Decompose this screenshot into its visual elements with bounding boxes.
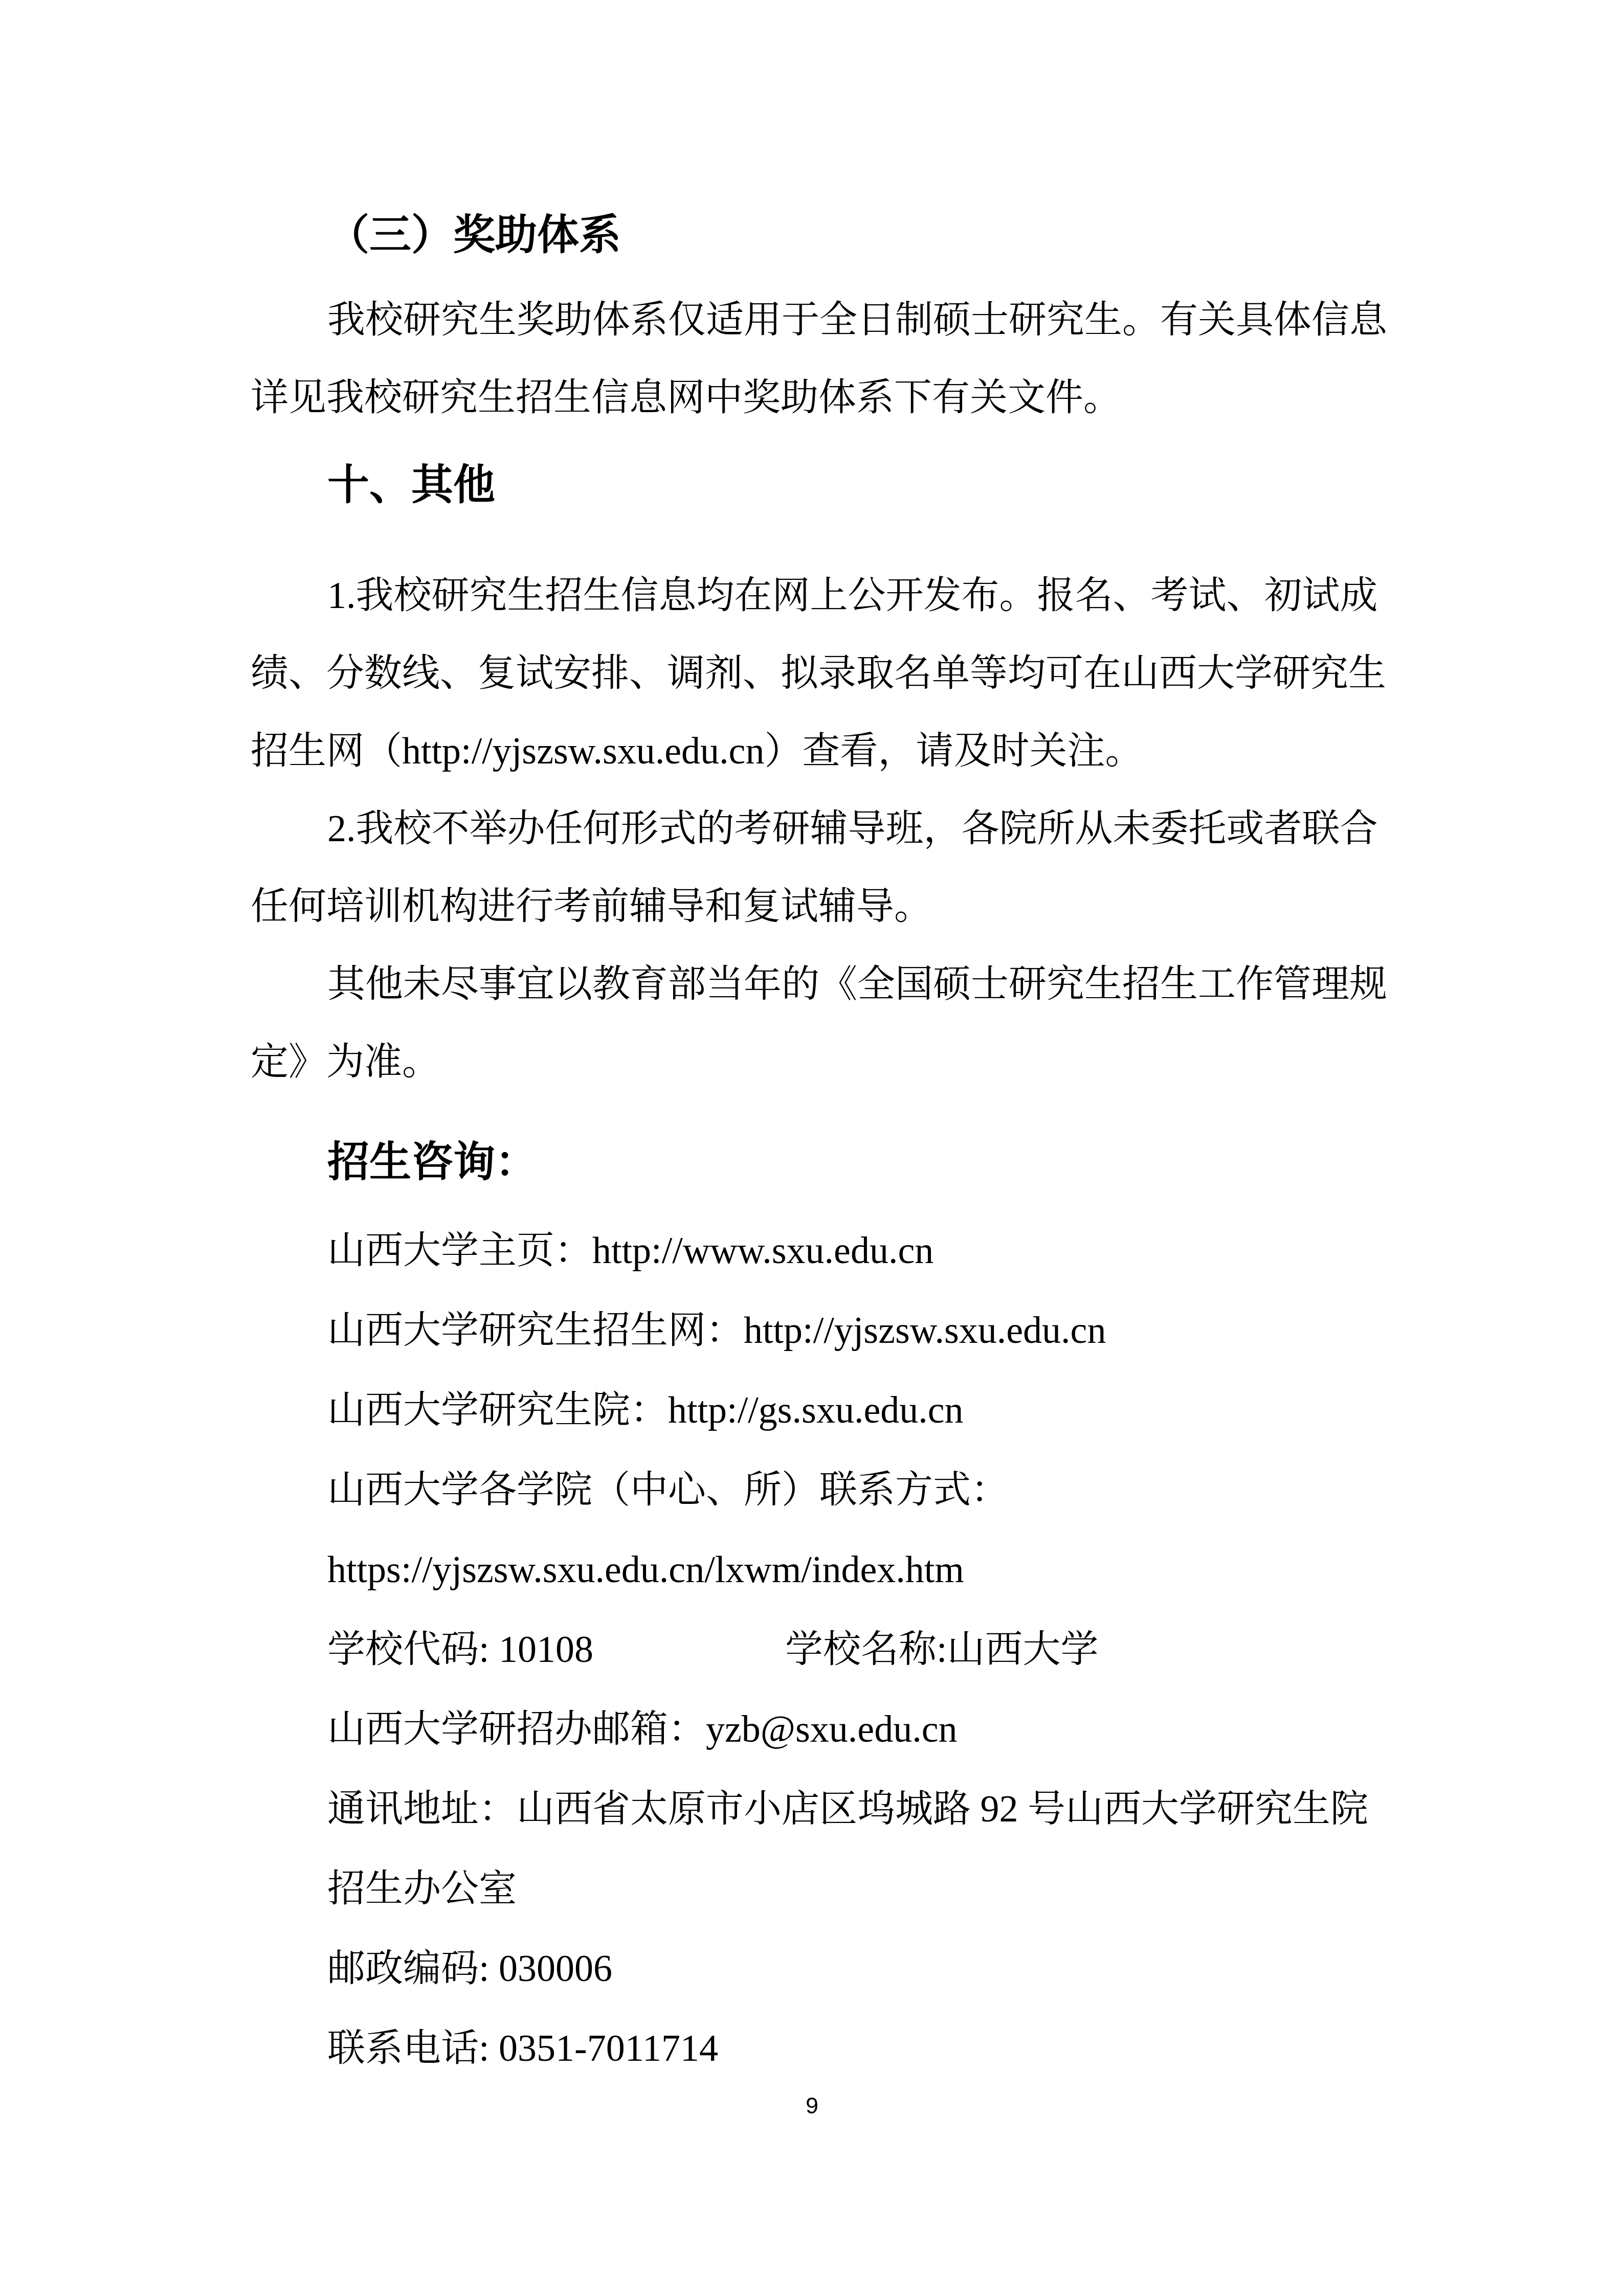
contact-colleges-label: 山西大学各学院（中心、所）联系方式： bbox=[251, 1450, 1384, 1530]
contact-label: 山西大学研招办邮箱： bbox=[327, 1708, 706, 1750]
contact-phone: 联系电话: 0351-7011714 bbox=[251, 2009, 1384, 2088]
other-p3-line-1: 其他未尽事宜以教育部当年的《全国硕士研究生招生工作管理规 bbox=[251, 946, 1384, 1023]
link-colleges-contact[interactable]: https://yjszsw.sxu.edu.cn/lxwm/index.htm bbox=[327, 1549, 964, 1591]
other-p2-line-1: 2.我校不举办任何形式的考研辅导班，各院所从未委托或者联合 bbox=[251, 790, 1384, 868]
document-page: （三）奖助体系 我校研究生奖助体系仅适用于全日制硕士研究生。有关具体信息 详见我… bbox=[0, 0, 1624, 2296]
contact-email: 山西大学研招办邮箱：yzb@sxu.edu.cn bbox=[251, 1690, 1384, 1769]
heading-award-system: （三）奖助体系 bbox=[251, 205, 1384, 266]
contact-homepage: 山西大学主页：http://www.sxu.edu.cn bbox=[251, 1211, 1384, 1291]
contact-postcode: 邮政编码: 030006 bbox=[251, 1929, 1384, 2009]
heading-consultation: 招生咨询： bbox=[251, 1132, 1384, 1193]
contact-address-line-2: 招生办公室 bbox=[251, 1849, 1384, 1929]
section-other: 十、其他 1.我校研究生招生信息均在网上公开发布。报名、考试、初试成 绩、分数线… bbox=[251, 455, 1384, 1101]
contact-label: 山西大学研究生招生网： bbox=[327, 1310, 744, 1352]
school-code: 学校代码: 10108 bbox=[327, 1629, 593, 1671]
other-p1-line-2: 绩、分数线、复试安排、调剂、拟录取名单等均可在山西大学研究生 bbox=[251, 635, 1384, 712]
contact-address-line-1: 通讯地址：山西省太原市小店区坞城路 92 号山西大学研究生院 bbox=[251, 1769, 1384, 1849]
award-paragraph-line-1: 我校研究生奖助体系仅适用于全日制硕士研究生。有关具体信息 bbox=[251, 281, 1384, 359]
school-name: 学校名称:山西大学 bbox=[785, 1629, 1099, 1671]
section-award-system: （三）奖助体系 我校研究生奖助体系仅适用于全日制硕士研究生。有关具体信息 详见我… bbox=[251, 205, 1384, 437]
award-paragraph-line-2: 详见我校研究生招生信息网中奖助体系下有关文件。 bbox=[251, 359, 1384, 437]
link-sxu-homepage[interactable]: http://www.sxu.edu.cn bbox=[592, 1230, 933, 1272]
text-segment: ）查看，请及时关注。 bbox=[764, 730, 1143, 772]
link-grad-school[interactable]: http://gs.sxu.edu.cn bbox=[668, 1389, 964, 1431]
link-email[interactable]: yzb@sxu.edu.cn bbox=[706, 1708, 957, 1750]
section-consultation: 招生咨询： 山西大学主页：http://www.sxu.edu.cn 山西大学研… bbox=[251, 1132, 1384, 2088]
contact-label: 山西大学研究生院： bbox=[327, 1389, 668, 1431]
contact-grad-school: 山西大学研究生院：http://gs.sxu.edu.cn bbox=[251, 1370, 1384, 1450]
other-p2-line-2: 任何培训机构进行考前辅导和复试辅导。 bbox=[251, 868, 1384, 946]
contact-label: 山西大学主页： bbox=[327, 1230, 592, 1272]
page-number: 9 bbox=[0, 2090, 1624, 2121]
link-admissions-site-inline[interactable]: http://yjszsw.sxu.edu.cn bbox=[402, 730, 764, 772]
text-segment: 招生网（ bbox=[251, 730, 402, 772]
other-p1-line-3: 招生网（http://yjszsw.sxu.edu.cn）查看，请及时关注。 bbox=[251, 712, 1384, 790]
other-p1-line-1: 1.我校研究生招生信息均在网上公开发布。报名、考试、初试成 bbox=[251, 557, 1384, 635]
contact-colleges-url-line: https://yjszsw.sxu.edu.cn/lxwm/index.htm bbox=[251, 1530, 1384, 1610]
contact-school-code-row: 学校代码: 10108学校名称:山西大学 bbox=[251, 1610, 1384, 1690]
heading-other: 十、其他 bbox=[251, 455, 1384, 516]
other-p3-line-2: 定》为准。 bbox=[251, 1023, 1384, 1101]
contact-admissions-site: 山西大学研究生招生网：http://yjszsw.sxu.edu.cn bbox=[251, 1291, 1384, 1370]
link-admissions-site[interactable]: http://yjszsw.sxu.edu.cn bbox=[744, 1310, 1106, 1352]
